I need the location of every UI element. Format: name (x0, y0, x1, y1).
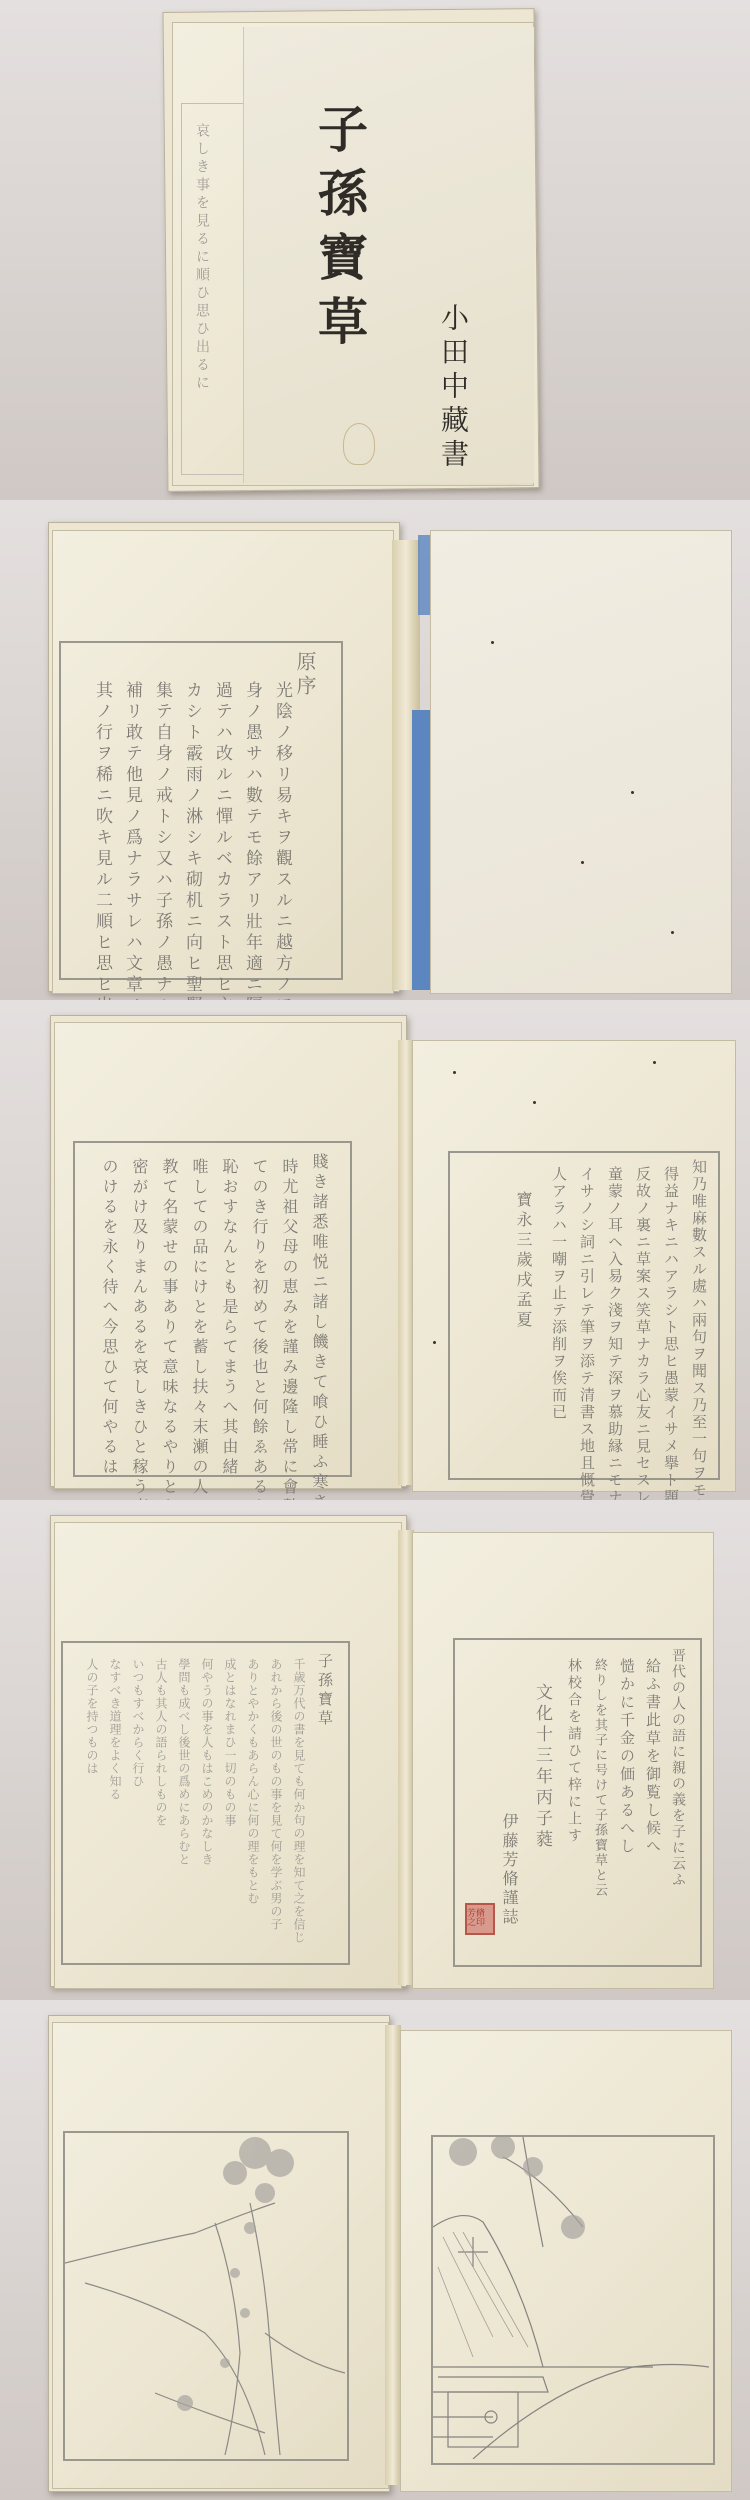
text-column: 成とはなれまひ一切のもの事 (224, 1658, 236, 1827)
cursive-column: 恥おすなんとも是らてまうへ其由緒 (221, 1158, 237, 1478)
text-column: 得益ナキニハアラシト思ヒ愚蒙イサメ擧ト題ス (663, 1166, 678, 1500)
text-column: 林校合を請ひて梓に上す (567, 1658, 581, 1845)
cursive-column: 時尤祖父母の恵みを謹み邊隆し常に會數ふ (281, 1158, 297, 1500)
text-column: 給ふ書此草を御覧し候へ (645, 1658, 660, 1856)
thatched-cottage-illustration (433, 2137, 709, 2459)
text-column: 晋代の人の語に親の義を子に云ふ (671, 1648, 685, 1888)
book-spine (385, 2025, 401, 2485)
date-line: 文化十三年丙子蕤 (533, 1683, 550, 1851)
cursive-column: 教て名蒙せの事ありて意味なるやりとなる (161, 1158, 177, 1500)
text-column: 集テ自身ノ戒トシ又ハ子孫ノ愚ナルヲ諫メンカ爲ニ (153, 681, 170, 1000)
afterword-page: 晋代の人の語に親の義を子に云ふ 給ふ書此草を御覧し候へ 慥かに千金の価あるへし … (412, 1532, 714, 1989)
cursive-column: 密がけ及りまんあるを哀しきひと稼う事 (131, 1158, 147, 1500)
text-column: 光陰ノ移リ易キヲ觀スルニ越方ノアヤ招リ來レル (273, 681, 290, 1000)
cursive-column: のけるを永く待へ今思ひて何やるは (101, 1158, 117, 1478)
preface-end-photo-panel: 賤き諸悉唯悦ニ諸し饑きて喰ひ睡ふ寒さも 時尤祖父母の恵みを謹み邊隆し常に會數ふ … (0, 1000, 750, 1500)
date-line: 寶永三歲戌孟夏 (515, 1191, 531, 1331)
text-column: ありとやかくもあらん心に何の理をもとむ (247, 1658, 259, 1905)
cursive-column: 賤き諸悉唯悦ニ諸し饑きて喰ひ睡ふ寒さも (311, 1153, 327, 1500)
text-column: 身ノ愚サハ數テモ餘アリ壯年適ニ隔リシヲ務ヤ (243, 681, 260, 1000)
text-column: 反故ノ裏ニ草案ス笑草ナカラ心友ニ見セスレハ (635, 1166, 650, 1500)
illustration-right-page (400, 2030, 732, 2492)
book-cover: 哀しき事を見るに順ひ思ひ出るに 子孫寶草 小田中藏書 (172, 22, 534, 486)
tree-hillside-illustration (65, 2133, 345, 2455)
text-column: イサノシ詞ニ引レテ筆ヲ添テ清書ス地且慨覺 (579, 1166, 594, 1500)
text-column: 慥かに千金の価あるへし (619, 1658, 634, 1856)
text-column: 其ノ行ヲ稀ニ吹キ見ル二順ヒ思ヒ出ルニ社セ筆餘 (93, 681, 110, 1000)
text-column: カシト霰雨ノ淋シキ砌机ニ向ヒ聖賢ノ金言佳句ヲ (183, 681, 200, 1000)
text-column: なすべき道理をよく知る (109, 1658, 121, 1801)
text-column: 千歳万代の書を見ても何か句の理を知て之を信じ (293, 1658, 305, 1944)
book-title: 子孫寶草 (303, 103, 375, 359)
text-column: 知乃唯麻數スル處ハ兩句ヲ聞ス乃至一句ヲモ守ラヌ (691, 1159, 706, 1500)
water-stain (343, 423, 375, 465)
text-column: 過テハ改ルニ憚ルベカラスト思ヒ文盲ノ鄙ヲ拔ナレ (213, 681, 230, 1000)
text-column: 古人も其人の語られしものを (155, 1658, 167, 1827)
red-seal-stamp: 芳脩之印 (465, 1903, 495, 1935)
cursive-column: 唯しての品にけとを蓄し扶々末瀬の人 (191, 1158, 207, 1498)
illustration-left-page (52, 2022, 389, 2489)
text-column: 童蒙ノ耳ヘ入易ク淺ヲ知テ深ヲ慕助縁ニモナラ (607, 1166, 622, 1500)
text-column: 終りしを其子に号けて子孫寶草と云 (593, 1658, 606, 1898)
preface-heading: 原序 (295, 651, 315, 699)
underlying-page-text: 哀しき事を見るに順ひ思ひ出るに (195, 123, 209, 393)
text-column: 何やうの事を人もはこめのかなしき (201, 1658, 213, 1866)
main-text-photo-panel: 子孫寶草 千歳万代の書を見ても何か句の理を知て之を信じ あれから後の世のもの事を… (0, 1500, 750, 2000)
text-column: 人アラハ一嘲ヲ止テ添削ヲ俟而已 (551, 1166, 566, 1421)
illustration-photo-panel (0, 2000, 750, 2500)
preface-end-page: 知乃唯麻數スル處ハ兩句ヲ聞ス乃至一句ヲモ守ラヌ 得益ナキニハアラシト思ヒ愚蒙イサ… (412, 1040, 736, 1492)
preface-photo-panel: 原序 光陰ノ移リ易キヲ觀スルニ越方ノアヤ招リ來レル 身ノ愚サハ數テモ餘アリ壯年適… (0, 500, 750, 1000)
text-column: いつもすべからく行ひ (132, 1658, 144, 1788)
author-signature: 伊藤芳脩謹誌 (501, 1813, 517, 1927)
cover-photo-panel: 哀しき事を見るに順ひ思ひ出るに 子孫寶草 小田中藏書 (0, 0, 750, 500)
chapter-header: 子孫寶草 (317, 1653, 332, 1729)
text-column: 補リ敢テ他見ノ爲ナラサレハ文章ノ拙ヲ紙ニ憚ラス (123, 681, 140, 1000)
preface-page: 原序 光陰ノ移リ易キヲ觀スルニ越方ノアヤ招リ來レル 身ノ愚サハ數テモ餘アリ壯年適… (52, 530, 394, 994)
cursive-column: てのき行りを初めて後也と何餘ゑあるを (251, 1158, 267, 1500)
endpaper-page (430, 530, 732, 994)
text-column: 人の子を持つものは (86, 1658, 98, 1775)
title-slip (243, 27, 534, 483)
owner-inscription: 小田中藏書 (433, 303, 473, 473)
main-text-page: 子孫寶草 千歳万代の書を見ても何か句の理を知て之を信じ あれから後の世のもの事を… (54, 1522, 402, 1989)
cursive-text-page: 賤き諸悉唯悦ニ諸し饑きて喰ひ睡ふ寒さも 時尤祖父母の恵みを謹み邊隆し常に會數ふ … (54, 1022, 402, 1489)
text-column: 學問も成べし後世の爲めにあらむと (178, 1658, 190, 1866)
text-column: あれから後の世のもの事を見て何を学ぶ男の子 (270, 1658, 282, 1931)
